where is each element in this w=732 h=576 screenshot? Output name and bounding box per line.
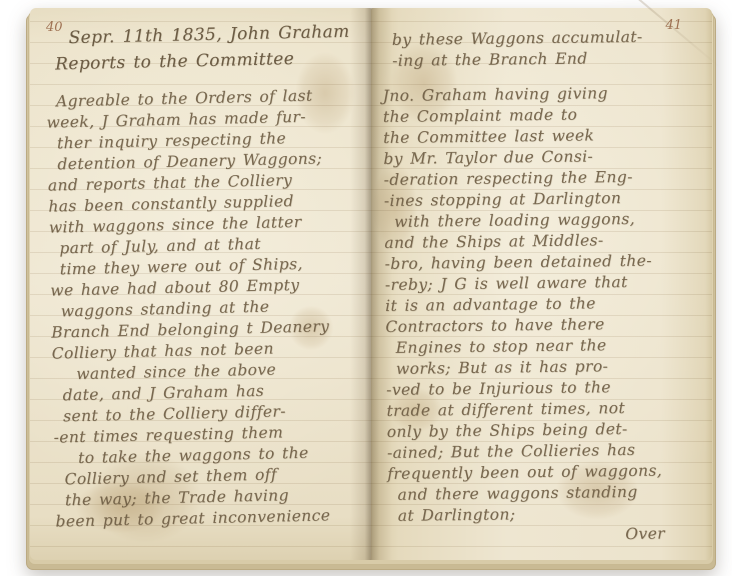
manuscript-line: -ing at the Branch End [382, 47, 707, 72]
left-page: 40 Sepr. 11th 1835, John Graham Reports … [30, 8, 371, 560]
right-page-text: by these Waggons accumulat- -ing at the … [382, 26, 713, 548]
catchword: Over [388, 523, 713, 548]
right-page: 41 by these Waggons accumulat- -ing at t… [371, 8, 712, 560]
left-page-text: Sepr. 11th 1835, John Graham Reports to … [44, 18, 374, 532]
photograph-of-open-manuscript-book: { "colors": { "background": "#ffffff", "… [0, 0, 732, 576]
open-manuscript-book: 40 Sepr. 11th 1835, John Graham Reports … [30, 8, 712, 560]
